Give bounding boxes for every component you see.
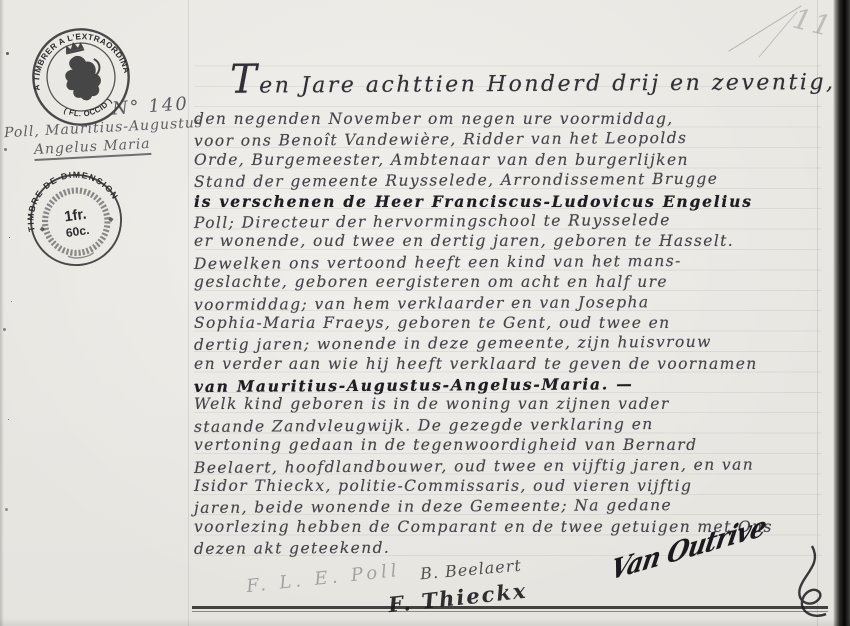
act-text-line: van Mauritius-Augustus-Angelus-Maria. — [194, 373, 822, 397]
act-text-line: Stand der gemeente Ruysselede, Arrondiss… [194, 169, 822, 193]
left-page-edge-shade [0, 0, 4, 626]
act-text-line: Welk kind geboren is in de woning van zi… [194, 395, 822, 415]
act-text-line: vertoning gedaan in de tegenwoordigheid … [194, 436, 822, 456]
act-text-line: geslachte, geboren eergisteren om acht e… [194, 273, 822, 293]
stamp-value-centimes: 60c. [65, 223, 90, 240]
act-text-line: voor ons Benoît Vandewière, Ridder van h… [194, 128, 822, 152]
act-closing-rule [192, 606, 828, 615]
act-text-line: Ten Jare achttien Honderd drij en zevent… [194, 44, 822, 112]
act-text-line: Sophia-Maria Fraeys, geboren te Gent, ou… [194, 314, 822, 334]
scanned-civil-register-page: 11 A TIMBRER A L'EXTRAORDINAIRE ( FL. OC… [0, 0, 850, 626]
act-body-text: Ten Jare achttien Honderd drij en zevent… [194, 46, 822, 562]
act-text-line: staande Zandvleugwijk. De gezegde verkla… [194, 414, 822, 438]
act-text-line: is verschenen de Heer Franciscus-Ludovic… [194, 192, 822, 212]
bottom-edge-shade [0, 618, 850, 626]
act-text-line: Dewelken ons vertoond heeft een kind van… [194, 251, 822, 275]
dimension-stamp: TIMBRE DE DIMENSION 1fr. 60c. [17, 161, 134, 278]
act-text-line: voormiddag; van hem verklaarder en van J… [194, 292, 822, 316]
act-text-line: Isidor Thieckx, politie-Commissaris, oud… [194, 477, 822, 497]
act-text-line: den negenden November om negen ure voorm… [194, 110, 822, 130]
act-text-line: Poll; Directeur der hervormingschool te … [194, 210, 822, 234]
act-text-line: jaren, beide wonende in deze Gemeente; N… [194, 496, 822, 520]
page-number: 11 [790, 2, 836, 44]
act-text-line: dertig jaren; wonende in deze gemeente, … [194, 332, 822, 356]
stamp-ornament-left [39, 226, 45, 232]
act-text-line: en verder aan wie hij heeft verklaard te… [194, 355, 822, 375]
paper-specks [6, 52, 9, 55]
act-text-line: Orde, Burgemeester, Ambtenaar van den bu… [194, 151, 822, 171]
stamp-value-francs: 1fr. [63, 207, 87, 226]
act-text-line: Beelaert, hoofdlandbouwer, oud twee en v… [194, 455, 822, 479]
act-text-line: er wonende, oud twee en dertig jaren, ge… [194, 232, 822, 252]
signature-comparant: F. L. E. Poll [245, 560, 401, 597]
